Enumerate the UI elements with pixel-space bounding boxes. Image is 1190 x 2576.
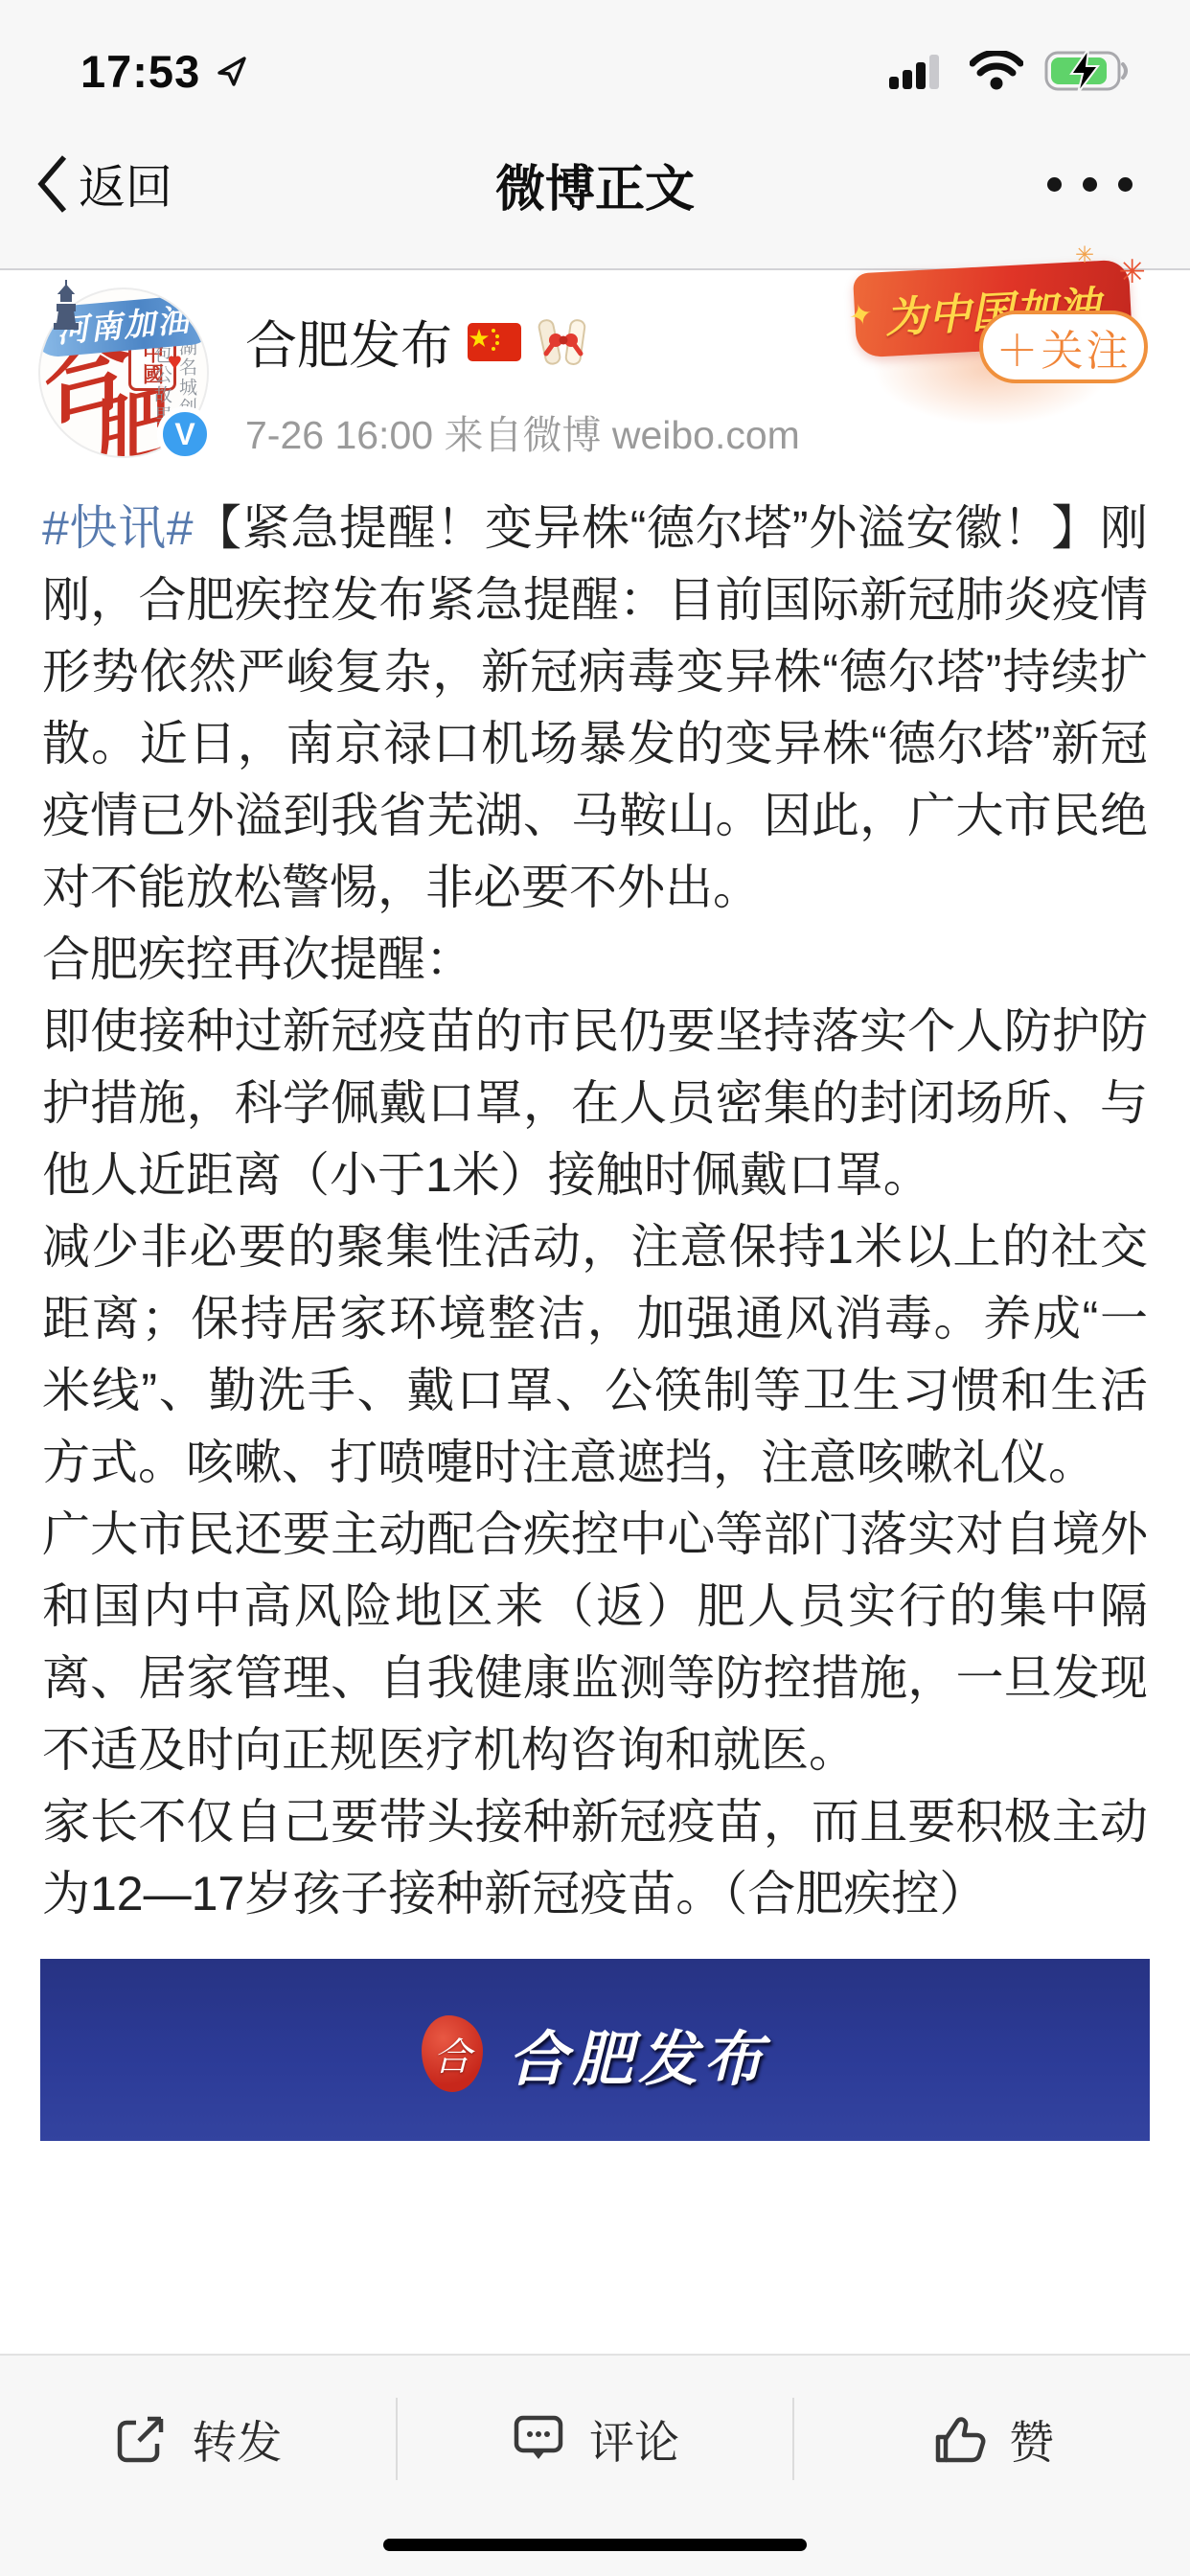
china-flag-icon [468, 323, 521, 361]
post-paragraph: 家长不仅自己要带头接种新冠疫苗，而且要积极主动为12—17岁孩子接种新冠疫苗。（… [42, 1786, 1148, 1930]
nav-bar: 返回 微博正文 [0, 100, 1190, 268]
battery-charging-icon [1044, 49, 1131, 93]
repost-label: 转发 [192, 2407, 282, 2472]
post-paragraph: 减少非必要的聚集性活动，注意保持1米以上的社交距离；保持居家环境整洁，加强通风消… [42, 1211, 1148, 1499]
wifi-icon [970, 51, 1023, 91]
header: 17:53 [0, 0, 1190, 270]
follow-button[interactable]: ＋关注 [979, 310, 1148, 383]
comment-icon [511, 2411, 566, 2467]
weibo-post-screen: 17:53 [0, 0, 1190, 2576]
author-avatar[interactable]: 合 肥 中國 包公故里 湖名城创新 河南加油 ♥ ♥ V [38, 287, 209, 458]
like-label: 赞 [1009, 2407, 1054, 2472]
location-arrow-icon [216, 55, 248, 87]
thumbs-up-icon [930, 2411, 986, 2467]
firework-spark-icon: ✳ [1075, 241, 1094, 269]
heart-icon: ♥ [168, 349, 182, 374]
status-bar: 17:53 [0, 0, 1190, 100]
hefei-seal-icon: 合 [422, 2015, 483, 2092]
heart-icon: ♥ [180, 293, 199, 326]
page-title: 微博正文 [0, 149, 1190, 220]
more-button[interactable] [1047, 177, 1133, 192]
home-indicator[interactable] [383, 2539, 807, 2551]
status-time: 17:53 [80, 45, 200, 98]
post-paragraph: 合肥疾控再次提醒： [42, 924, 1148, 996]
verified-badge-icon: V [157, 406, 213, 462]
hashtag-link[interactable]: #快讯# [42, 501, 194, 555]
repost-icon [113, 2411, 169, 2467]
post-header: 为中国加油 ✦ ✳ ✳ 合 肥 中國 包公故里 湖名城创新 河南加油 ♥ ♥ [0, 270, 1190, 473]
scroll-ribbon-icon [537, 317, 588, 367]
post-paragraph: 即使接种过新冠疫苗的市民仍要坚持落实个人防护防护措施，科学佩戴口罩，在人员密集的… [42, 996, 1148, 1211]
comment-label: 评论 [589, 2407, 679, 2472]
status-left: 17:53 [80, 42, 248, 100]
signal-icon [889, 52, 949, 90]
post-paragraph: 广大市民还要主动配合疾控中心等部门落实对自境外和国内中高风险地区来（返）肥人员实… [42, 1499, 1148, 1786]
tower-icon [52, 280, 80, 330]
post-body: #快讯#【紧急提醒！变异株“德尔塔”外溢安徽！】刚刚，合肥疾控发布紧急提醒：目前… [0, 473, 1190, 1930]
status-right [889, 42, 1131, 100]
author-name[interactable]: 合肥发布 [245, 305, 452, 379]
repost-button[interactable]: 转发 [0, 2398, 396, 2480]
like-button[interactable]: 赞 [792, 2398, 1190, 2480]
banner-logo-text: 合肥发布 [508, 2012, 768, 2097]
post-paragraph: #快讯#【紧急提醒！变异株“德尔塔”外溢安徽！】刚刚，合肥疾控发布紧急提醒：目前… [42, 493, 1148, 924]
bottom-toolbar: 转发 评论 赞 [0, 2354, 1190, 2576]
comment-button[interactable]: 评论 [396, 2398, 793, 2480]
firework-spark-icon: ✳ [1119, 253, 1147, 291]
post-image-banner[interactable]: 合 合肥发布 [40, 1959, 1150, 2141]
